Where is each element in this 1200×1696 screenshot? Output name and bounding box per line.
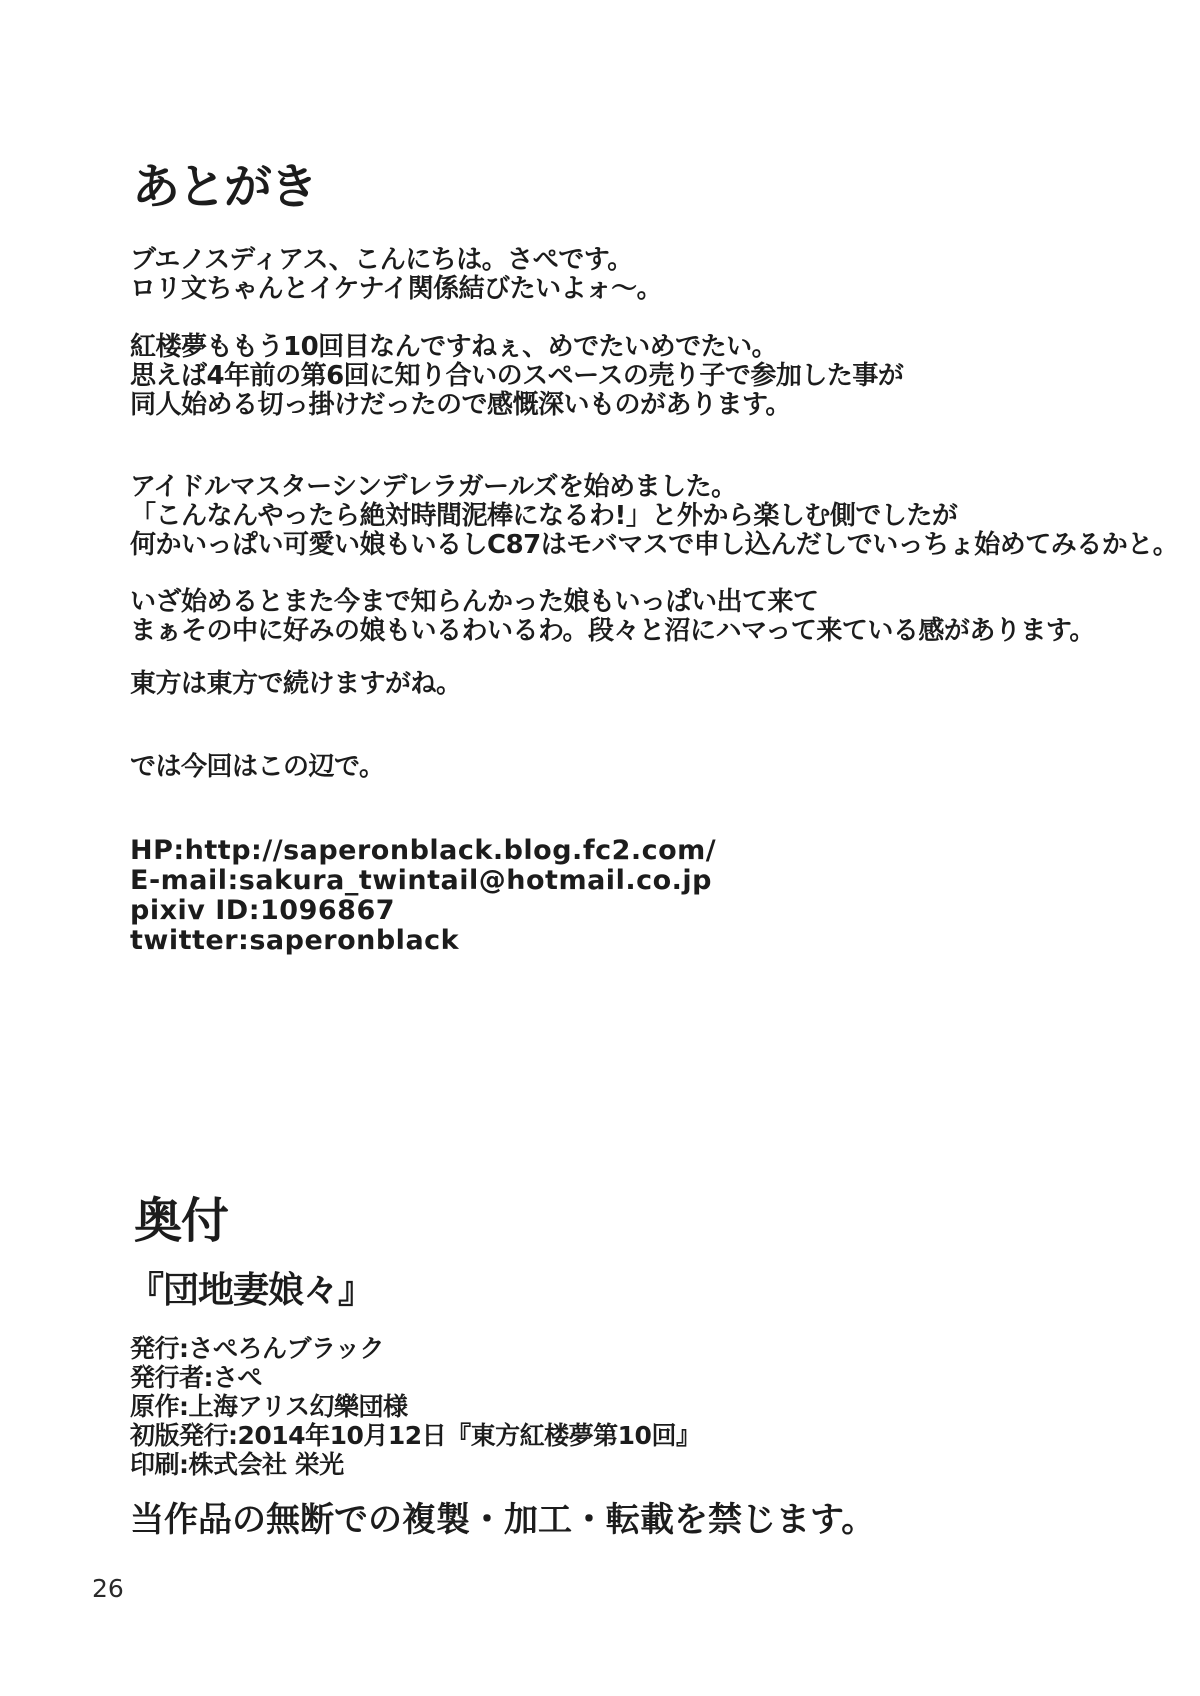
- afterword-paragraph-touhou: 東方は東方で続けますがね。: [130, 670, 462, 699]
- colophon-first-edition: 初版発行:2014年10月12日『東方紅楼夢第10回』: [130, 1421, 700, 1450]
- contact-hp: HP:http://saperonblack.blog.fc2.com/: [130, 836, 716, 866]
- paragraph-line: アイドルマスターシンデレラガールズを始めました。: [130, 473, 1178, 502]
- colophon-details-block: 発行:さぺろんブラック 発行者:さぺ 原作:上海アリス幻樂団様 初版発行:201…: [130, 1334, 700, 1479]
- copyright-notice: 当作品の無断での複製・加工・転載を禁じます。: [130, 1492, 875, 1541]
- contact-email: E-mail:sakura_twintail@hotmail.co.jp: [130, 866, 716, 896]
- afterword-paragraph-closing: では今回はこの辺で。: [130, 753, 384, 782]
- book-title: 『団地妻娘々』: [128, 1262, 373, 1313]
- page-number: 26: [92, 1574, 124, 1603]
- paragraph-line: 「こんなんやったら絶対時間泥棒になるわ!」と外から楽しむ側でしたが: [130, 502, 1178, 531]
- colophon-original-work: 原作:上海アリス幻樂団様: [130, 1392, 700, 1421]
- afterword-paragraph-greeting: ブエノスディアス、こんにちは。さぺです。 ロリ文ちゃんとイケナイ関係結びたいよォ…: [130, 246, 662, 304]
- paragraph-line: 同人始める切っ掛けだったので感慨深いものがあります。: [130, 391, 903, 420]
- paragraph-line: まぁその中に好みの娘もいるわいるわ。段々と沼にハマって来ている感があります。: [130, 617, 1095, 646]
- colophon-printer: 印刷:株式会社 栄光: [130, 1450, 700, 1479]
- contact-info-block: HP:http://saperonblack.blog.fc2.com/ E-m…: [130, 836, 716, 956]
- paragraph-line: 思えば4年前の第6回に知り合いのスペースの売り子で参加した事が: [130, 362, 903, 391]
- paragraph-line: では今回はこの辺で。: [130, 753, 384, 782]
- afterword-paragraph-idolmaster: アイドルマスターシンデレラガールズを始めました。 「こんなんやったら絶対時間泥棒…: [130, 473, 1178, 560]
- colophon-issuer: 発行者:さぺ: [130, 1363, 700, 1392]
- paragraph-line: ブエノスディアス、こんにちは。さぺです。: [130, 246, 662, 275]
- paragraph-line: ロリ文ちゃんとイケナイ関係結びたいよォ～。: [130, 275, 662, 304]
- paragraph-line: 紅楼夢ももう10回目なんですねぇ、めでたいめでたい。: [130, 333, 903, 362]
- colophon-publisher: 発行:さぺろんブラック: [130, 1334, 700, 1363]
- paragraph-line: 何かいっぱい可愛い娘もいるしC87はモバマスで申し込んだしでいっちょ始めてみるか…: [130, 531, 1178, 560]
- afterword-paragraph-kouroumu: 紅楼夢ももう10回目なんですねぇ、めでたいめでたい。 思えば4年前の第6回に知り…: [130, 333, 903, 420]
- scanned-afterword-page: あとがき ブエノスディアス、こんにちは。さぺです。 ロリ文ちゃんとイケナイ関係結…: [0, 0, 1200, 1696]
- paragraph-line: いざ始めるとまた今まで知らんかった娘もいっぱい出て来て: [130, 588, 1095, 617]
- paragraph-line: 東方は東方で続けますがね。: [130, 670, 462, 699]
- colophon-title: 奥付: [134, 1182, 228, 1251]
- afterword-paragraph-hamaru: いざ始めるとまた今まで知らんかった娘もいっぱい出て来て まぁその中に好みの娘もい…: [130, 588, 1095, 646]
- contact-pixiv-id: pixiv ID:1096867: [130, 896, 716, 926]
- contact-twitter: twitter:saperonblack: [130, 926, 716, 956]
- afterword-title: あとがき: [132, 148, 316, 217]
